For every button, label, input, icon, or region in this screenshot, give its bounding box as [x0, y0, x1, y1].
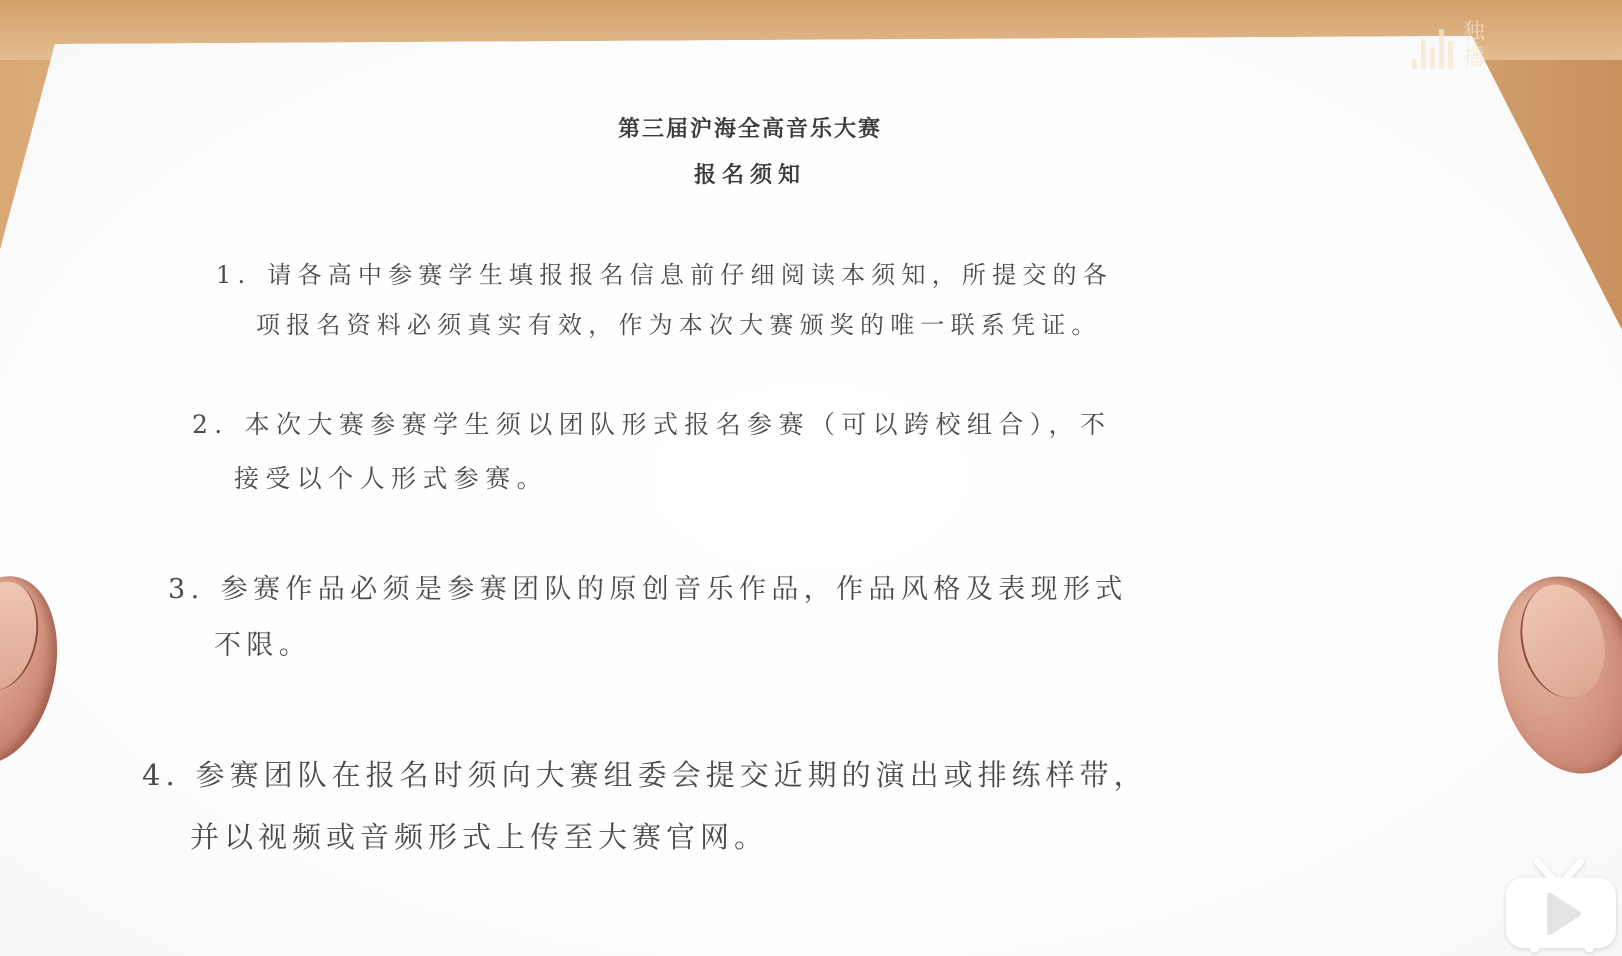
document-paper: 第三届沪海全高音乐大赛 报名须知 1.请各高中参赛学生填报报名信息前仔细阅读本须…	[0, 0, 1622, 956]
item-text: 请各高中参赛学生填报报名信息前仔细阅读本须知，所提交的各	[267, 261, 1113, 289]
item-number: 3.	[168, 562, 205, 618]
item-number: 4.	[142, 744, 180, 806]
item-text-continued: 项报名资料必须真实有效，作为本次大赛颁奖的唯一联系凭证。	[216, 300, 1113, 350]
document-subtitle: 报名须知	[0, 158, 1500, 189]
item-text-continued: 并以视频或音频形式上传至大赛官网。	[142, 806, 1148, 868]
bilibili-watermark: 独 播	[1412, 20, 1485, 72]
notice-item-1: 1.请各高中参赛学生填报报名信息前仔细阅读本须知，所提交的各 项报名资料必须真实…	[216, 250, 1113, 350]
item-text: 参赛作品必须是参赛团队的原创音乐作品，作品风格及表现形式	[221, 574, 1128, 605]
notice-item-line: 3.参赛作品必须是参赛团队的原创音乐作品，作品风格及表现形式	[168, 562, 1128, 618]
item-text: 本次大赛参赛学生须以团队形式报名参赛（可以跨校组合），不	[245, 410, 1112, 439]
notice-item-4: 4.参赛团队在报名时须向大赛组委会提交近期的演出或排练样带， 并以视频或音频形式…	[142, 744, 1148, 868]
document-title: 第三届沪海全高音乐大赛	[0, 112, 1500, 143]
item-number: 2.	[192, 398, 229, 452]
tv-play-icon	[1500, 848, 1618, 956]
exclusive-label-line2: 播	[1463, 46, 1485, 72]
bilibili-logo-icon	[1412, 23, 1453, 69]
notice-item-3: 3.参赛作品必须是参赛团队的原创音乐作品，作品风格及表现形式 不限。	[168, 562, 1128, 674]
play-button[interactable]	[1500, 848, 1618, 956]
left-thumbnail	[0, 575, 48, 698]
notice-item-line: 1.请各高中参赛学生填报报名信息前仔细阅读本须知，所提交的各	[216, 250, 1113, 300]
notice-item-line: 4.参赛团队在报名时须向大赛组委会提交近期的演出或排练样带，	[142, 744, 1148, 806]
exclusive-label-line1: 独	[1463, 20, 1485, 46]
exclusive-label: 独 播	[1463, 20, 1485, 72]
notice-item-line: 2.本次大赛参赛学生须以团队形式报名参赛（可以跨校组合），不	[192, 398, 1111, 452]
item-number: 1.	[216, 250, 251, 300]
notice-item-2: 2.本次大赛参赛学生须以团队形式报名参赛（可以跨校组合），不 接受以个人形式参赛…	[192, 398, 1111, 506]
item-text: 参赛团队在报名时须向大赛组委会提交近期的演出或排练样带，	[196, 758, 1148, 792]
item-text-continued: 不限。	[168, 618, 1128, 674]
item-text-continued: 接受以个人形式参赛。	[192, 452, 1111, 506]
right-thumbnail	[1509, 576, 1616, 707]
